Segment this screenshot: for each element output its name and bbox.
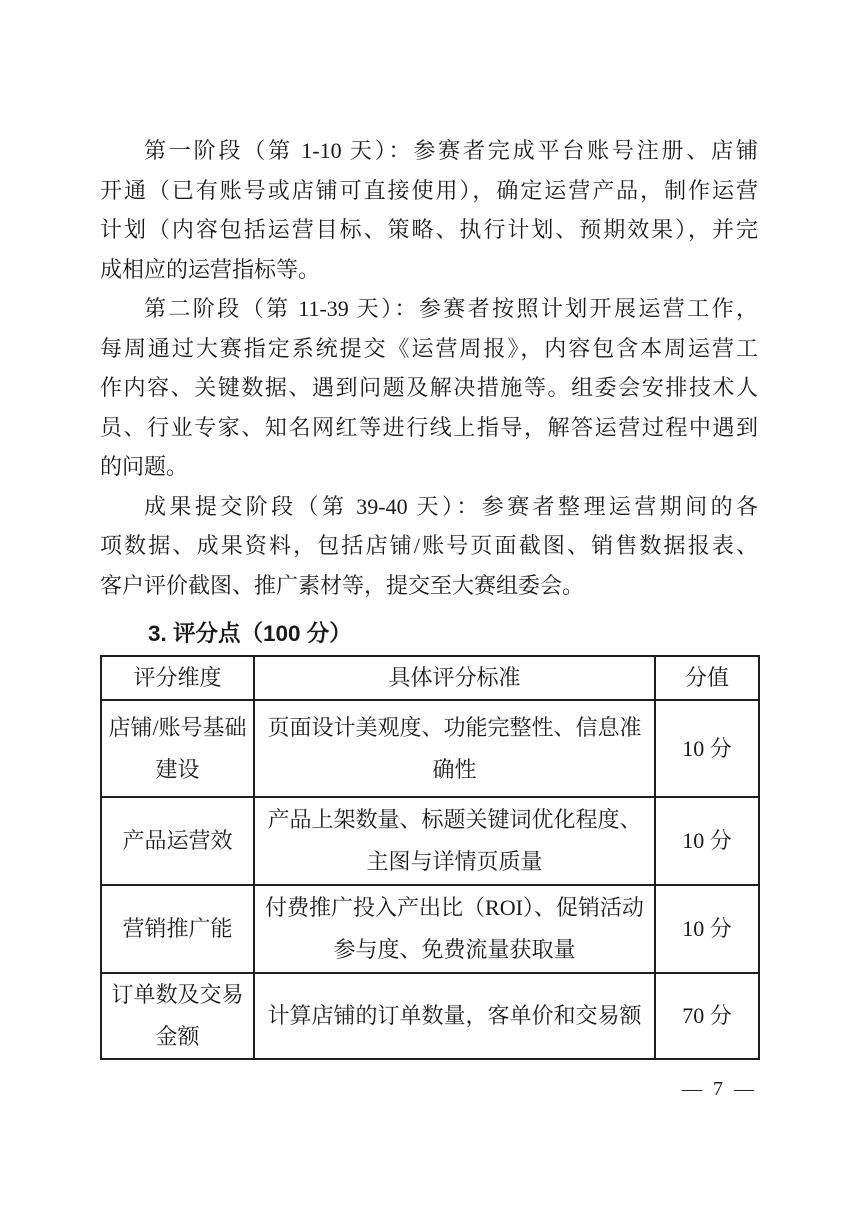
paragraph-phase-2: 第二阶段（第 11-39 天）：参赛者按照计划开展运营工作， 每周通过大赛指定系…: [100, 289, 758, 487]
text-line: 第一阶段（第 1-10 天）：参赛者完成平台账号注册、店铺: [100, 131, 758, 171]
cell-dimension: 营销推广能: [101, 885, 254, 973]
text-line: 第二阶段（第 11-39 天）：参赛者按照计划开展运营工作，: [100, 289, 758, 329]
scoring-table: 评分维度 具体评分标准 分值 店铺/账号基础建设 页面设计美观度、功能完整性、信…: [100, 655, 760, 1060]
table-header-row: 评分维度 具体评分标准 分值: [101, 656, 759, 700]
column-header-score: 分值: [655, 656, 759, 700]
text-line: 成果提交阶段（第 39-40 天）：参赛者整理运营期间的各: [100, 487, 758, 527]
paragraph-results-submission: 成果提交阶段（第 39-40 天）：参赛者整理运营期间的各 项数据、成果资料，包…: [100, 487, 758, 606]
table-row: 产品运营效 产品上架数量、标题关键词优化程度、主图与详情页质量 10 分: [101, 797, 759, 885]
text-line: 客户评价截图、推广素材等，提交至大赛组委会。: [100, 566, 758, 606]
text-line: 作内容、关键数据、遇到问题及解决措施等。组委会安排技术人: [100, 368, 758, 408]
cell-dimension: 产品运营效: [101, 797, 254, 885]
paragraph-phase-1: 第一阶段（第 1-10 天）：参赛者完成平台账号注册、店铺 开通（已有账号或店铺…: [100, 131, 758, 289]
cell-score: 10 分: [655, 797, 759, 885]
table-row: 营销推广能 付费推广投入产出比（ROI）、促销活动参与度、免费流量获取量 10 …: [101, 885, 759, 973]
page-number: — 7 —: [682, 1078, 757, 1101]
section-heading-scoring-points: 3. 评分点（100 分）: [100, 615, 758, 653]
cell-dimension: 订单数及交易金额: [101, 973, 254, 1059]
table-row: 订单数及交易金额 计算店铺的订单数量，客单价和交易额 70 分: [101, 973, 759, 1059]
text-line: 员、行业专家、知名网红等进行线上指导，解答运营过程中遇到: [100, 408, 758, 448]
cell-criteria: 页面设计美观度、功能完整性、信息准确性: [254, 700, 655, 797]
cell-criteria: 付费推广投入产出比（ROI）、促销活动参与度、免费流量获取量: [254, 885, 655, 973]
cell-criteria: 产品上架数量、标题关键词优化程度、主图与详情页质量: [254, 797, 655, 885]
table-row: 店铺/账号基础建设 页面设计美观度、功能完整性、信息准确性 10 分: [101, 700, 759, 797]
document-body: 第一阶段（第 1-10 天）：参赛者完成平台账号注册、店铺 开通（已有账号或店铺…: [100, 131, 758, 1060]
column-header-criteria: 具体评分标准: [254, 656, 655, 700]
cell-score: 10 分: [655, 885, 759, 973]
cell-criteria: 计算店铺的订单数量，客单价和交易额: [254, 973, 655, 1059]
table-body: 店铺/账号基础建设 页面设计美观度、功能完整性、信息准确性 10 分 产品运营效…: [101, 700, 759, 1059]
cell-score: 10 分: [655, 700, 759, 797]
document-page: 第一阶段（第 1-10 天）：参赛者完成平台账号注册、店铺 开通（已有账号或店铺…: [0, 0, 860, 1216]
column-header-dimension: 评分维度: [101, 656, 254, 700]
text-line: 开通（已有账号或店铺可直接使用），确定运营产品，制作运营: [100, 171, 758, 211]
text-line: 的问题。: [100, 447, 758, 487]
cell-score: 70 分: [655, 973, 759, 1059]
text-line: 成相应的运营指标等。: [100, 250, 758, 290]
text-line: 项数据、成果资料，包括店铺/账号页面截图、销售数据报表、: [100, 526, 758, 566]
text-line: 每周通过大赛指定系统提交《运营周报》，内容包含本周运营工: [100, 329, 758, 369]
cell-dimension: 店铺/账号基础建设: [101, 700, 254, 797]
text-line: 计划（内容包括运营目标、策略、执行计划、预期效果），并完: [100, 210, 758, 250]
